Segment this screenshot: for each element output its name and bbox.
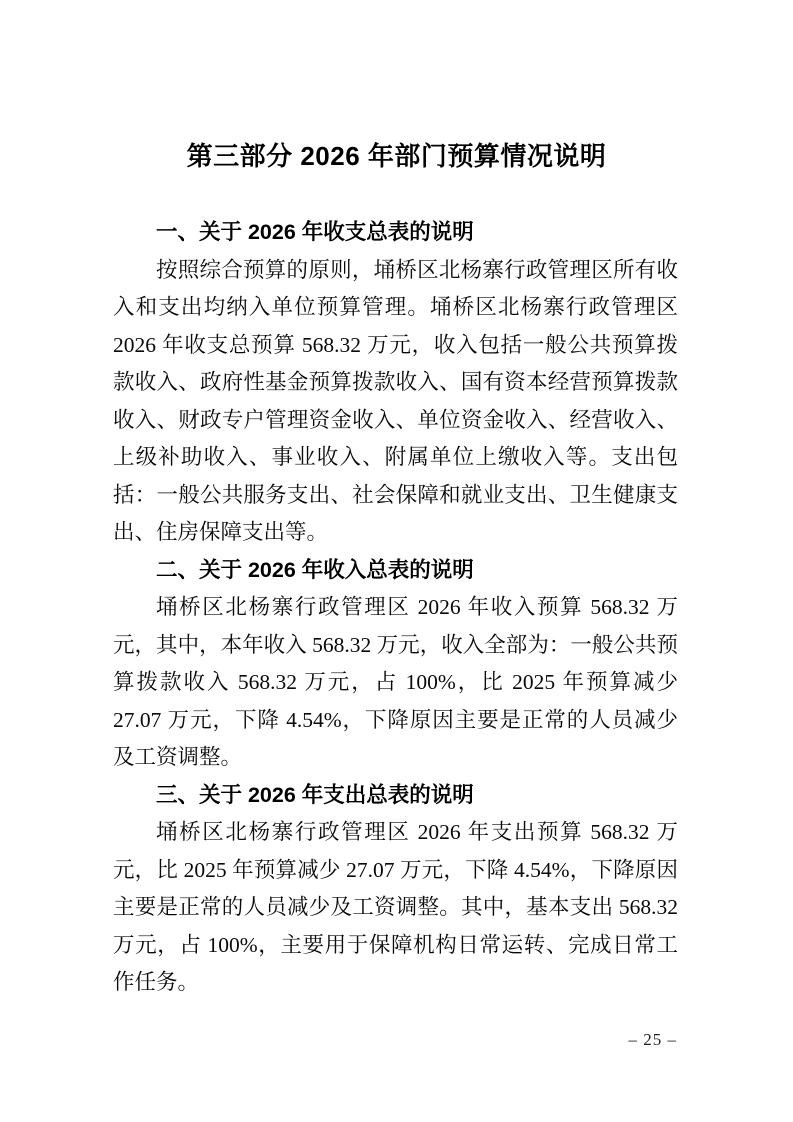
page-number: – 25 – (629, 1029, 678, 1051)
section-3-heading: 三、关于 2026 年支出总表的说明 (113, 777, 678, 815)
section-budget-overview: 一、关于 2026 年收支总表的说明 按照综合预算的原则，埇桥区北杨寨行政管理区… (113, 214, 678, 552)
document-body: 一、关于 2026 年收支总表的说明 按照综合预算的原则，埇桥区北杨寨行政管理区… (113, 214, 678, 1002)
document-title: 第三部分 2026 年部门预算情况说明 (0, 136, 793, 176)
section-income-overview: 二、关于 2026 年收入总表的说明 埇桥区北杨寨行政管理区 2026 年收入预… (113, 552, 678, 777)
section-1-paragraph: 按照综合预算的原则，埇桥区北杨寨行政管理区所有收入和支出均纳入单位预算管理。埇桥… (113, 252, 678, 552)
section-2-paragraph: 埇桥区北杨寨行政管理区 2026 年收入预算 568.32 万元，其中，本年收入… (113, 589, 678, 777)
section-expenditure-overview: 三、关于 2026 年支出总表的说明 埇桥区北杨寨行政管理区 2026 年支出预… (113, 777, 678, 1002)
section-1-heading: 一、关于 2026 年收支总表的说明 (113, 214, 678, 252)
document-page: 第三部分 2026 年部门预算情况说明 一、关于 2026 年收支总表的说明 按… (0, 0, 793, 1122)
section-2-heading: 二、关于 2026 年收入总表的说明 (113, 552, 678, 590)
section-3-paragraph: 埇桥区北杨寨行政管理区 2026 年支出预算 568.32 万元，比 2025 … (113, 814, 678, 1002)
